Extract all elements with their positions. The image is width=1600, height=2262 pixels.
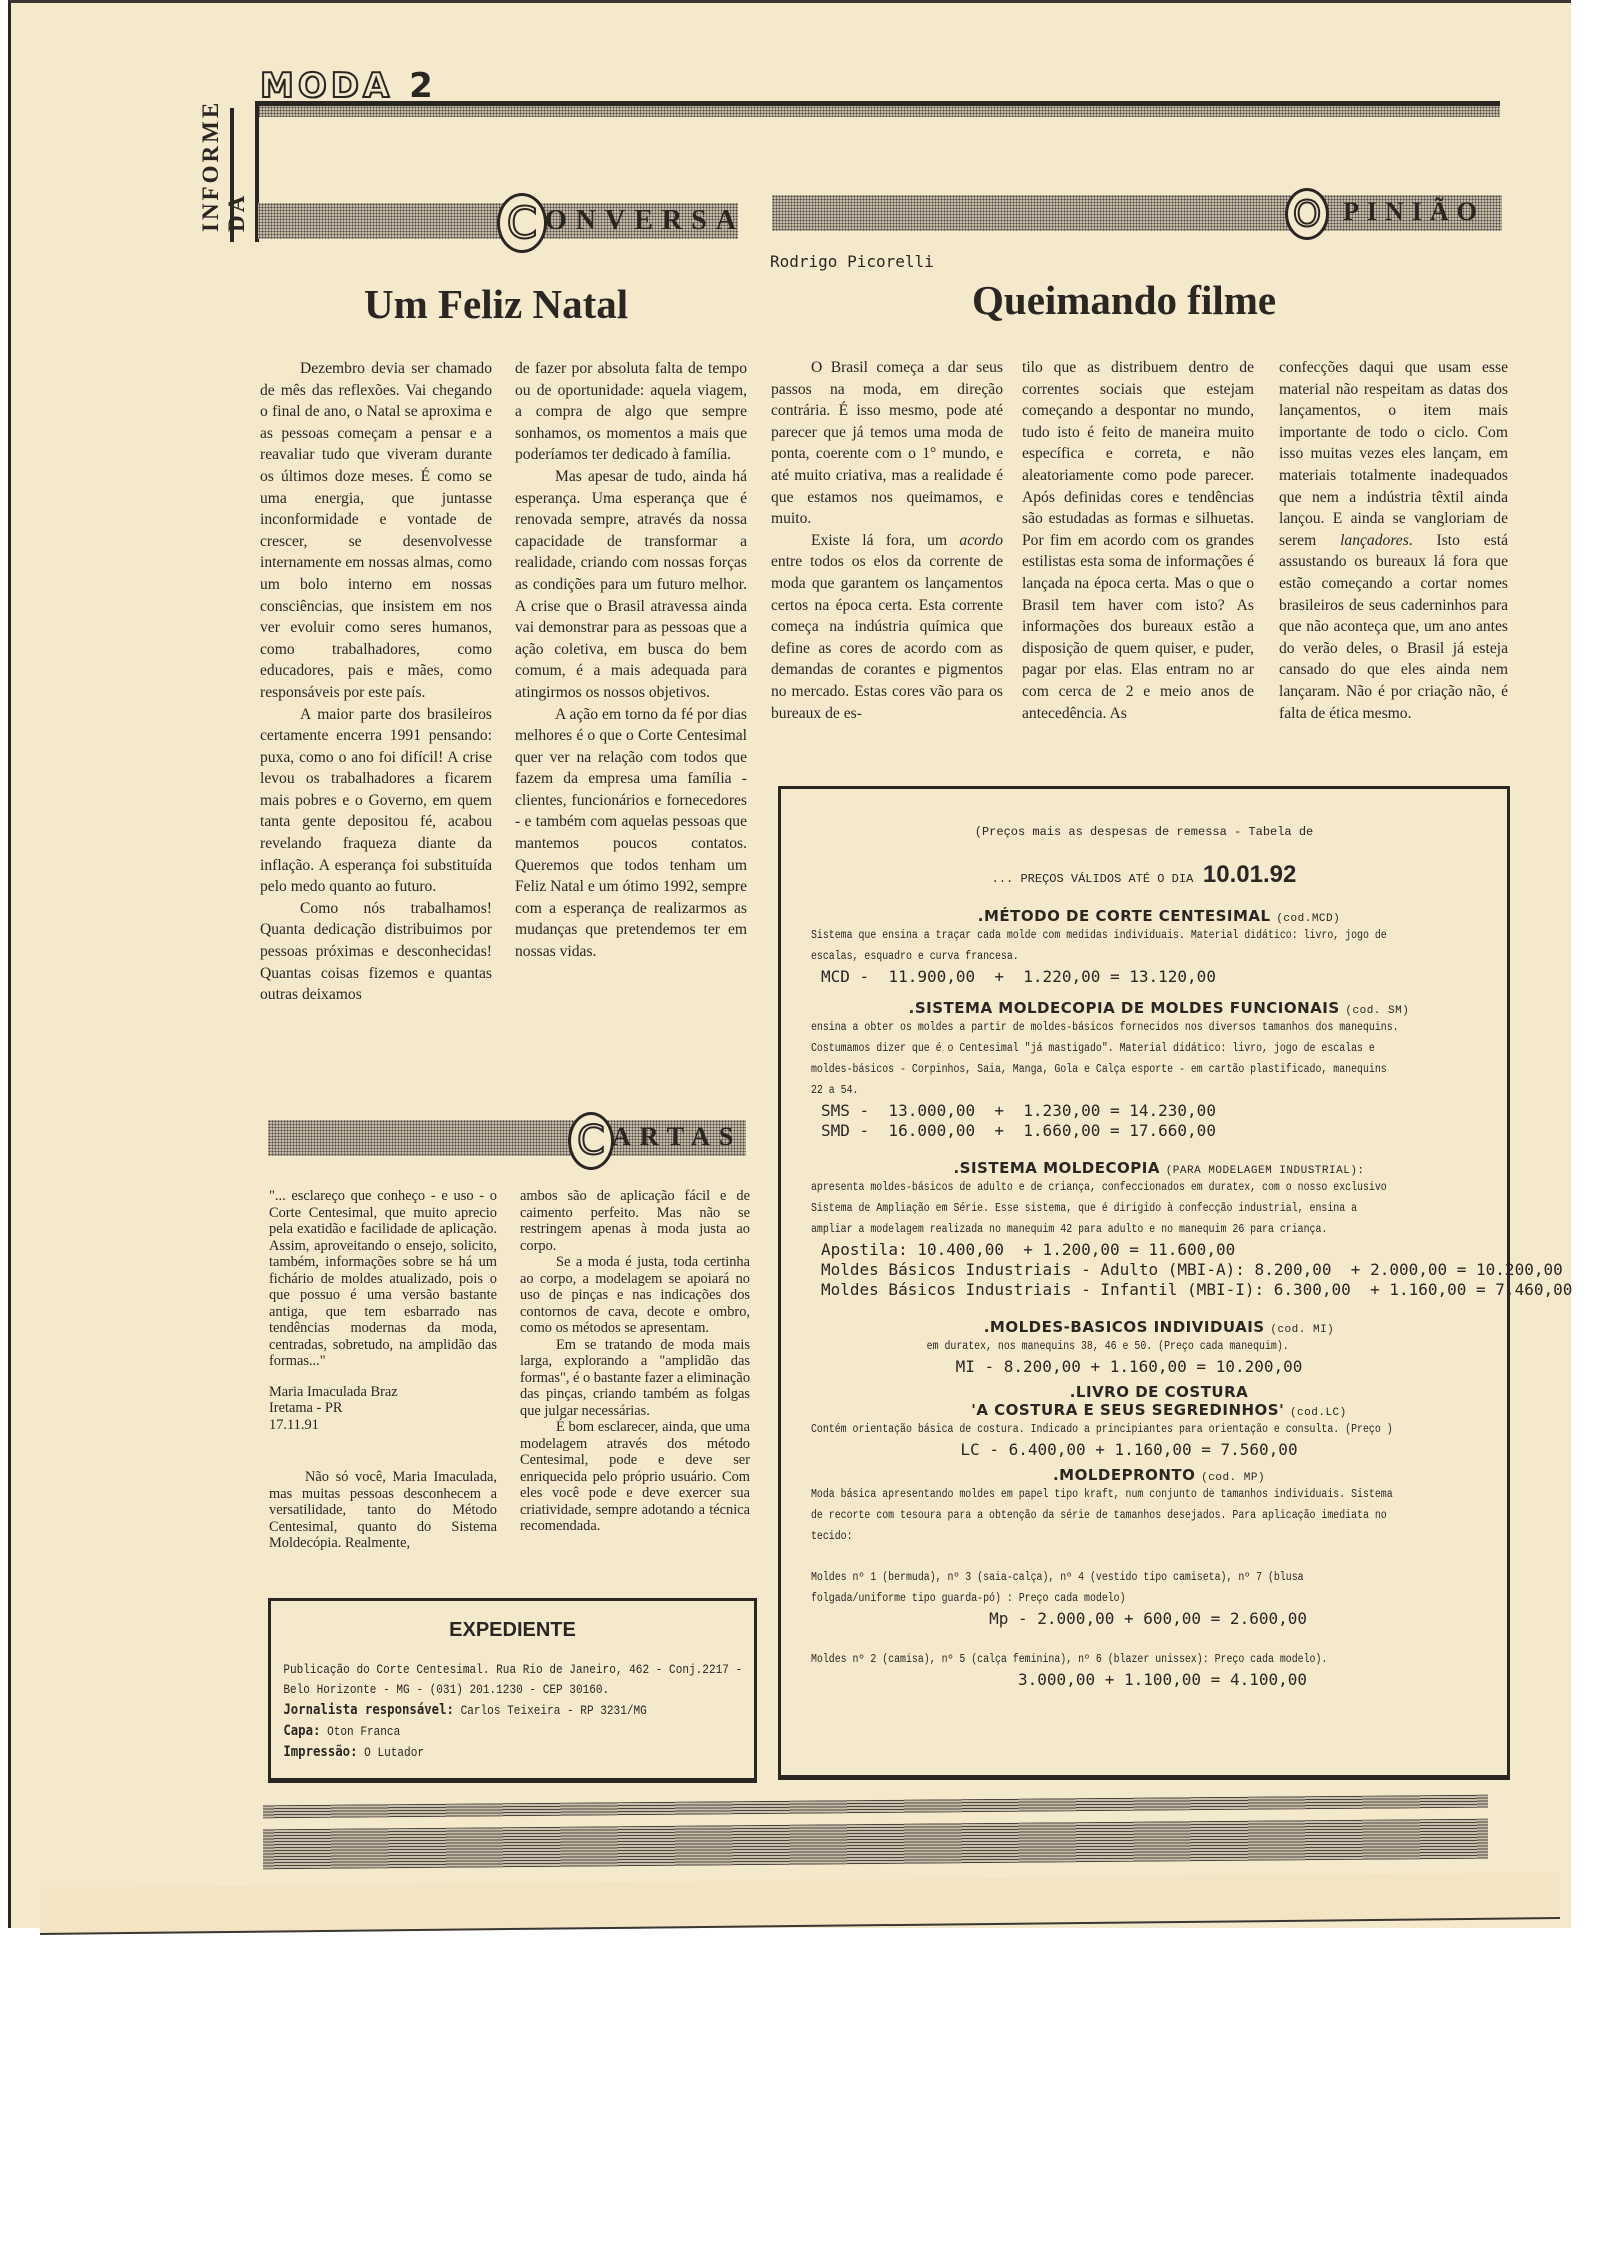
reply-text: ambos são de aplicação fácil e de caimen… [520, 1188, 750, 1254]
label: Jornalista responsável: [283, 1702, 454, 1718]
validity-label: ... PREÇOS VÁLIDOS ATÉ O DIA [992, 872, 1194, 886]
paragraph: confecções daqui que usam esse material … [1279, 357, 1508, 724]
vertical-label: INFORME DA [198, 102, 250, 232]
paragraph: A maior parte dos brasileiros certamente… [260, 704, 492, 898]
product-description: Contém orientação básica de costura. Ind… [811, 1419, 1404, 1440]
product-item: .SISTEMA MOLDECOPIA DE MOLDES FUNCIONAIS… [811, 999, 1507, 1141]
product-title: .MOLDEPRONTO (cod. MP) [811, 1466, 1507, 1484]
product-description: apresenta moldes-básicos de adulto e de … [811, 1177, 1404, 1240]
product-title: .LIVRO DE COSTURA [811, 1383, 1507, 1401]
signature-name: Maria Imaculada Braz [269, 1384, 398, 1400]
price-line: MCD - 11.900,00 + 1.220,00 = 13.120,00 [811, 967, 1507, 987]
product-title: .MÉTODO DE CORTE CENTESIMAL (cod.MCD) [811, 907, 1507, 925]
value: Carlos Teixeira - RP 3231/MG [461, 1704, 647, 1718]
paragraph: O Brasil começa a dar seus passos na mod… [771, 357, 1003, 530]
conversa-headline: Um Feliz Natal [364, 280, 628, 328]
price-table-box: (Preços mais as despesas de remessa - Ta… [778, 786, 1510, 1780]
paragraph: A ação em torno da fé por dias melhores … [515, 704, 747, 963]
price-line: SMD - 16.000,00 + 1.660,00 = 17.660,00 [811, 1121, 1507, 1141]
product-item: .MOLDES-BASICOS INDIVIDUAIS (cod. MI)em … [811, 1318, 1507, 1377]
value: O Lutador [364, 1746, 424, 1760]
conversa-initial: C [497, 193, 547, 253]
reply-text: Se a moda é justa, toda certinha ao corp… [520, 1254, 750, 1337]
signature-date: 17.11.91 [269, 1417, 319, 1433]
product-title: .SISTEMA MOLDECOPIA DE MOLDES FUNCIONAIS… [811, 999, 1507, 1017]
opiniao-column-3: confecções daqui que usam esse material … [1279, 357, 1508, 724]
product-item: .MOLDEPRONTO (cod. MP)Moda básica aprese… [811, 1466, 1507, 1690]
price-line: Moldes Básicos Industriais - Infantil (M… [811, 1280, 1507, 1300]
price-line: SMS - 13.000,00 + 1.230,00 = 14.230,00 [811, 1101, 1507, 1121]
price-line: Mp - 2.000,00 + 600,00 = 2.600,00 [811, 1609, 1507, 1629]
label: Capa: [283, 1723, 320, 1739]
price-line: 3.000,00 + 1.100,00 = 4.100,00 [811, 1670, 1507, 1690]
cartas-column-2: ambos são de aplicação fácil e de caimen… [520, 1188, 750, 1535]
masthead: MODA 2 [260, 66, 437, 106]
opiniao-section-title: PINIÃO [1343, 197, 1485, 227]
product-title: .SISTEMA MOLDECOPIA (PARA MODELAGEM INDU… [811, 1159, 1507, 1177]
masthead-title: MODA [260, 66, 393, 106]
emphasis: acordo [959, 532, 1003, 549]
label: Impressão: [283, 1744, 357, 1760]
conversa-column-2: de fazer por absoluta falta de tempo ou … [515, 358, 747, 963]
price-line: LC - 6.400,00 + 1.160,00 = 7.560,00 [811, 1440, 1507, 1460]
opiniao-column-2: tilo que as distribuem dentro de corrent… [1022, 357, 1254, 724]
paragraph: Dezembro devia ser chamado de mês das re… [260, 358, 492, 704]
text: . Isto está assustando os bureaux lá for… [1279, 532, 1508, 722]
price-note: (Preços mais as despesas de remessa - Ta… [781, 825, 1507, 839]
expediente-box: EXPEDIENTE Publicação do Corte Centesima… [268, 1598, 757, 1783]
product-description: em duratex, nos manequins 38, 46 e 50. (… [811, 1336, 1404, 1357]
emphasis: lançadores [1340, 532, 1409, 549]
expediente-body: Publicação do Corte Centesimal. Rua Rio … [271, 1642, 771, 1763]
expediente-print: Impressão: O Lutador [283, 1742, 758, 1763]
page-number: 2 [409, 66, 437, 106]
product-item: .SISTEMA MOLDECOPIA (PARA MODELAGEM INDU… [811, 1159, 1507, 1300]
product-list: .MÉTODO DE CORTE CENTESIMAL (cod.MCD)Sis… [781, 907, 1507, 1690]
conversa-section-title: ONVERSA [545, 205, 745, 237]
product-subtitle: 'A COSTURA E SEUS SEGREDINHOS' (cod.LC) [811, 1401, 1507, 1419]
cartas-initial: C [568, 1112, 614, 1170]
opiniao-headline: Queimando filme [972, 276, 1276, 324]
price-line: Moldes Básicos Industriais - Adulto (MBI… [811, 1260, 1507, 1280]
value: Oton Franca [327, 1725, 400, 1739]
paragraph: de fazer por absoluta falta de tempo ou … [515, 358, 747, 466]
letter-signature: Maria Imaculada Braz Iretama - PR 17.11.… [269, 1384, 497, 1434]
product-description: Moda básica apresentando moldes em papel… [811, 1484, 1404, 1547]
product-group-description: Moldes nº 1 (bermuda), nº 3 (saia-calça)… [811, 1567, 1404, 1609]
byline: Rodrigo Picorelli [770, 252, 934, 271]
paragraph: Como nós trabalhamos! Quanta dedicação d… [260, 898, 492, 1006]
text: Existe lá fora, um [811, 532, 959, 549]
price-line: Apostila: 10.400,00 + 1.200,00 = 11.600,… [811, 1240, 1507, 1260]
reply-text: É bom esclarecer, ainda, que uma modelag… [520, 1419, 750, 1535]
cartas-column-1: "... esclareço que conheço - e uso - o C… [269, 1188, 497, 1552]
opiniao-initial: O [1285, 188, 1329, 240]
product-title: .MOLDES-BASICOS INDIVIDUAIS (cod. MI) [811, 1318, 1507, 1336]
text: entre todos os elos da corrente de moda … [771, 553, 1003, 721]
product-description: Sistema que ensina a traçar cada molde c… [811, 925, 1404, 967]
text: confecções daqui que usam esse material … [1279, 359, 1508, 549]
paragraph: tilo que as distribuem dentro de corrent… [1022, 357, 1254, 724]
validity-date: 10.01.92 [1203, 861, 1296, 888]
reply-text: Não só você, Maria Imaculada, mas muitas… [269, 1469, 497, 1552]
product-item: .LIVRO DE COSTURA'A COSTURA E SEUS SEGRE… [811, 1383, 1507, 1460]
product-item: .MÉTODO DE CORTE CENTESIMAL (cod.MCD)Sis… [811, 907, 1507, 987]
opiniao-column-1: O Brasil começa a dar seus passos na mod… [771, 357, 1003, 724]
paragraph: Existe lá fora, um acordo entre todos os… [771, 530, 1003, 724]
product-group-description: Moldes nº 2 (camisa), nº 5 (calça femini… [811, 1649, 1404, 1670]
expediente-title: EXPEDIENTE [271, 1619, 754, 1642]
letter-text: "... esclareço que conheço - e uso - o C… [269, 1188, 497, 1370]
top-rule-pattern [258, 106, 1500, 117]
cartas-section-title: ARTAS [612, 1122, 742, 1152]
paragraph: Mas apesar de tudo, ainda há esperança. … [515, 466, 747, 704]
reply-text: Em se tratando de moda mais larga, explo… [520, 1337, 750, 1420]
expediente-journalist: Jornalista responsável: Carlos Teixeira … [283, 1700, 758, 1721]
conversa-column-1: Dezembro devia ser chamado de mês das re… [260, 358, 492, 1006]
expediente-cover: Capa: Oton Franca [283, 1721, 758, 1742]
price-line: MI - 8.200,00 + 1.160,00 = 10.200,00 [811, 1357, 1507, 1377]
signature-location: Iretama - PR [269, 1400, 343, 1416]
expediente-address: Publicação do Corte Centesimal. Rua Rio … [283, 1660, 758, 1700]
product-description: ensina a obter os moldes a partir de mol… [811, 1017, 1404, 1101]
price-validity: ... PREÇOS VÁLIDOS ATÉ O DIA 10.01.92 [781, 861, 1507, 889]
